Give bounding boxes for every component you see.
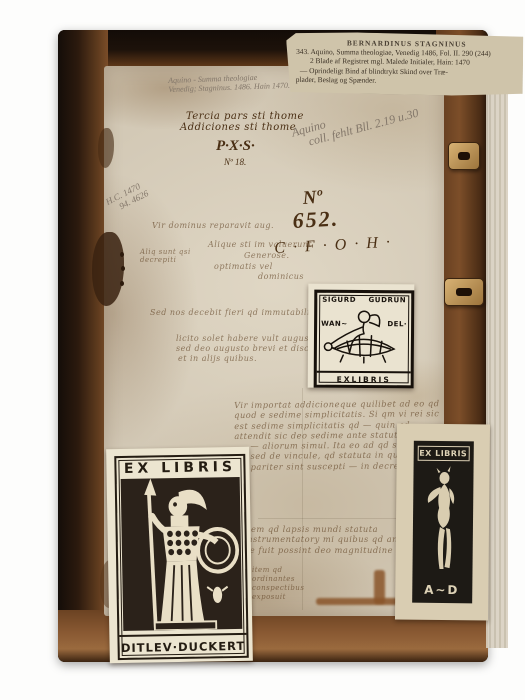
sewing-hole — [120, 252, 124, 257]
leather-spine-fold — [58, 30, 108, 662]
photo-of-book-inner-cover: Aquino - Summa theologiae Venedig; Stagn… — [0, 0, 525, 700]
latin-note-d2: sed deo augusto brevi et disces — [176, 344, 319, 354]
latin-note-b2: Generose. — [244, 251, 290, 260]
clasp-slot — [458, 152, 470, 160]
catalog-clipping: BERNARDINUS STAGNINUS 343. Aquino, Summa… — [286, 32, 524, 96]
ink-title-line2: Addiciones sti thome — [180, 122, 304, 133]
duckert-frame: EX LIBRIS — [114, 454, 249, 660]
owner-monogram: P·X·S· — [216, 138, 255, 155]
ink-title-line1: Tercia pars sti thome — [186, 111, 304, 122]
athena-woodcut — [121, 477, 243, 631]
wandel-name-sigurd: SIGURD — [322, 296, 356, 304]
manuscript-side-note: item qd ordinantes conspectibus exposuit — [252, 566, 304, 602]
wandel-image-area: WAN~ DEL· — [317, 304, 411, 372]
latin-note-b5b: decrepiti — [140, 256, 176, 264]
ms-line: item qd — [252, 566, 304, 575]
nude-figure-woodcut — [414, 461, 471, 584]
ms-line: conspectibus — [252, 584, 304, 593]
sewing-hole — [120, 281, 124, 286]
latin-note-b3: optimatis vel — [214, 262, 273, 271]
latin-note-b4: dominicus — [258, 272, 304, 281]
latin-note-d3: et in alijs quibus. — [178, 354, 319, 364]
latin-note-b5a: Aliq sunt qsi — [140, 248, 191, 256]
latin-note-d1: licito solet habere vult augusta — [176, 334, 319, 344]
wandel-frame: SIGURD GUDRUN WAN~ DEL· — [314, 290, 415, 389]
wandel-name-del: DEL· — [387, 320, 407, 328]
clasp-slot — [456, 288, 471, 296]
ad-exlibris-label: EX LIBRIS — [417, 446, 469, 462]
latin-note-a: Vir dominus reparavit aug. — [152, 221, 274, 230]
shelf-number: Nº 18. — [224, 157, 246, 167]
duckert-image-area — [121, 477, 243, 631]
duckert-owner-name: DITLEV·DUCKERT — [119, 633, 246, 658]
latin-note-d: licito solet habere vult augusta sed deo… — [176, 334, 319, 364]
ms-line: exposuit — [252, 593, 304, 602]
ad-black-panel: EX LIBRIS A~D — [412, 441, 474, 604]
flyleaf-page-edge — [486, 44, 508, 648]
sewing-hole — [121, 266, 125, 271]
ink-number-value: 652. — [292, 206, 340, 234]
duckert-exlibris-label: EX LIBRIS — [116, 456, 243, 479]
wandel-names-row: SIGURD GUDRUN — [317, 293, 411, 305]
leather-clasp-lower — [444, 278, 484, 306]
bookplate-ad: EX LIBRIS A~D — [395, 424, 490, 621]
cherub-on-turtle-woodcut — [317, 304, 411, 372]
ink-title-inscription: Tercia pars sti thome Addiciones sti tho… — [186, 111, 304, 133]
wandel-name-wan: WAN~ — [321, 320, 348, 328]
clipping-entry-line: plader, Beslag og Spænder. — [296, 75, 517, 87]
leather-clasp-upper — [448, 142, 480, 170]
wandel-exlibris-label: EXLIBRIS — [317, 371, 411, 386]
latin-note-b1: Alique sti im valuerunt — [208, 240, 312, 249]
ad-initials: A~D — [424, 583, 460, 603]
wandel-name-gudrun: GUDRUN — [368, 296, 406, 304]
latin-note-c: Sed nos decebit fieri qd immutabiliter — [150, 308, 323, 317]
ms-line: ordinantes — [252, 575, 304, 584]
bookplate-duckert: EX LIBRIS — [106, 447, 253, 663]
bookplate-wandel: SIGURD GUDRUN WAN~ DEL· — [308, 284, 415, 389]
